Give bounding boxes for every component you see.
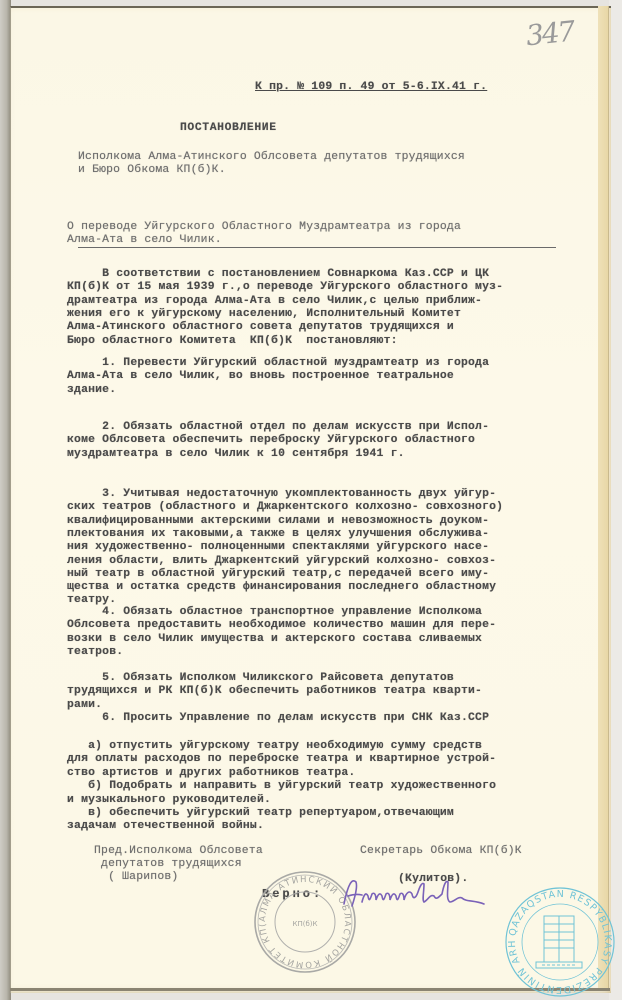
issuer-line-1: Исполкома Алма-Атинского Облсовета депут… bbox=[78, 151, 465, 164]
resolution-point-1-line: 1. Перевести Уйгурский областной муздрам… bbox=[67, 357, 489, 370]
header-reference: К пр. № 109 п. 49 от 5-6.IX.41 г. bbox=[255, 81, 487, 94]
handwritten-signature bbox=[338, 874, 488, 914]
resolution-point-3-line: ления области, влить Джаркентский уйгурс… bbox=[67, 555, 496, 568]
resolution-point-3-line: ный театр в областной уйгурский театр,с … bbox=[67, 568, 489, 581]
resolution-point-4-line: Облсовета предоставить необходимое колич… bbox=[67, 619, 496, 632]
subject-line-2: Алма-Ата в село Чилик. bbox=[67, 234, 222, 247]
issuer-line-2: и Бюро Обкома КП(б)К. bbox=[78, 164, 226, 177]
resolution-point-5-line: 5. Обязать Исполком Чиликского Райсовета… bbox=[67, 672, 454, 685]
subpoint-line: в) обеспечить уйгурский театр репертуаро… bbox=[67, 807, 454, 820]
document-title: ПОСТАНОВЛЕНИЕ bbox=[180, 122, 277, 135]
chairman-title-line-2: депутатов трудящихся bbox=[94, 858, 242, 871]
preamble-line: КП(б)К от 15 мая 1939 г.,о переводе Уйгу… bbox=[67, 281, 503, 294]
subpoint-line: б) Подобрать и направить в уйгурский теа… bbox=[67, 780, 496, 793]
resolution-point-4-line: театров. bbox=[67, 646, 123, 659]
resolution-point-3-line: 3. Учитывая недостаточную укомплектованн… bbox=[67, 488, 496, 501]
resolution-point-4-line: возки в село Чилик имущества и актерског… bbox=[67, 633, 482, 646]
resolution-point-3-line: щества и остатка средств финансирования … bbox=[67, 581, 496, 594]
preamble-line: драмтеатра из города Алма-Ата в село Чил… bbox=[67, 295, 482, 308]
archive-stamp: QAZAQSTAN RESPÝBLIKASY PREZIDENTINIŃ ARH… bbox=[504, 886, 616, 998]
subpoint-line: для оплаты расходов по переброске театра… bbox=[67, 753, 496, 766]
subject-line-1: О переводе Уйгурского Областного Муздрам… bbox=[67, 221, 461, 234]
resolution-point-3-line: ния художественно- полноценными спектакл… bbox=[67, 541, 489, 554]
page-right-edge bbox=[598, 6, 609, 991]
resolution-point-3-line: плектования их таковыми,а также в целях … bbox=[67, 528, 489, 541]
preamble-line: жения его к уйгурскому населению, Исполн… bbox=[67, 308, 461, 321]
subpoint-line: ство артистов и других работников театра… bbox=[67, 767, 355, 780]
resolution-point-3-line: квалифицированными актерскими силами и н… bbox=[67, 515, 489, 528]
preamble-line: Алма-Атинского областного совета депутат… bbox=[67, 321, 454, 334]
resolution-point-3-line: ских театров (областного и Джаркентского… bbox=[67, 501, 503, 514]
resolution-point-6-line: 6. Просить Управление по делам искусств … bbox=[67, 712, 489, 725]
chairman-name: ( Шарипов) bbox=[94, 871, 178, 884]
subject-underline bbox=[78, 247, 556, 248]
resolution-point-5-line: трудящихся и РК КП(б)К обеспечить работн… bbox=[67, 685, 482, 698]
subpoint-line: и музыкального руководителей. bbox=[67, 794, 271, 807]
archive-building-icon bbox=[536, 916, 582, 968]
resolution-point-2-line: 2. Обязать областной отдел по делам иску… bbox=[67, 421, 489, 434]
preamble-line: В соответствии с постановлением Совнарко… bbox=[67, 268, 489, 281]
subpoint-line: задачам отечественной войны. bbox=[67, 820, 264, 833]
resolution-point-1-line: Алма-Ата в село Чилик, во вновь построен… bbox=[67, 370, 454, 383]
resolution-point-2-line: коме Облсовета обеспечить переброску Уйг… bbox=[67, 434, 475, 447]
round-seal-center-text: КП(б)К bbox=[293, 920, 318, 928]
resolution-point-4-line: 4. Обязать областное транспортное управл… bbox=[67, 606, 482, 619]
resolution-point-5-line: рами. bbox=[67, 699, 102, 712]
secretary-title: Секретарь Обкома КП(б)К bbox=[360, 845, 522, 858]
resolution-point-2-line: муздрамтеатра в село Чилик к 10 сентября… bbox=[67, 448, 405, 461]
subpoint-line: а) отпустить уйгурскому театру необходим… bbox=[67, 740, 482, 753]
chairman-title: Пред.Исполкома Облсовета bbox=[94, 845, 263, 858]
preamble-line: Бюро областного Комитета КП(б)К постанов… bbox=[67, 335, 398, 348]
archive-page-number: 347 bbox=[524, 15, 575, 53]
resolution-point-1-line: здание. bbox=[67, 384, 116, 397]
